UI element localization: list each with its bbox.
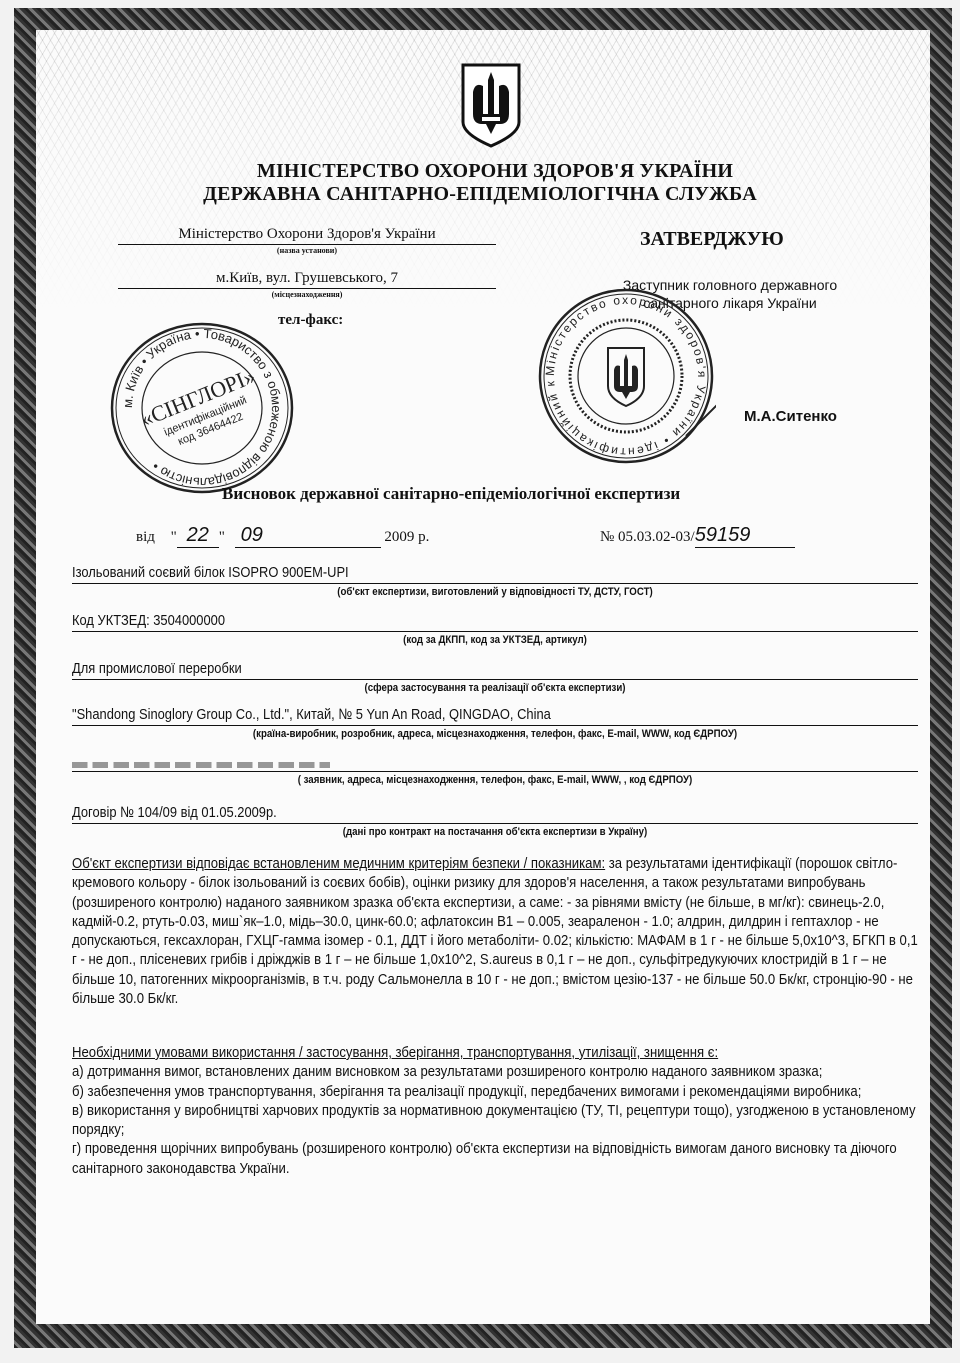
conditions-paragraph: Необхідними умовами використання / засто… <box>72 1044 918 1179</box>
date-prefix: від <box>136 529 155 545</box>
ministry-heading: МІНІСТЕРСТВО ОХОРОНИ ЗДОРОВ'Я УКРАЇНИ <box>0 160 960 183</box>
field-value: Код УКТЗЕД: 3504000000 <box>72 612 800 630</box>
field-caption: (країна-виробник, розробник, адреса, міс… <box>123 728 867 740</box>
institution-address-caption: (місцезнаходження) <box>118 290 496 299</box>
condition-item: а) дотримання вимог, встановлених даним … <box>72 1063 918 1082</box>
field-value: Для промислової переробки <box>72 660 800 678</box>
field-value-redacted <box>72 752 800 770</box>
conclusion-title: Висновок державної санітарно-епідеміолог… <box>222 484 680 504</box>
condition-item: в) використання у виробництві харчових п… <box>72 1102 918 1141</box>
approval-title: ЗАТВЕРДЖУЮ <box>640 228 784 251</box>
company-stamp: м. Київ • Україна • Товариство з обмежен… <box>104 320 300 496</box>
condition-item: г) проведення щорічних випробувань (розш… <box>72 1140 918 1179</box>
institution-address: м.Київ, вул. Грушевського, 7 <box>118 270 496 289</box>
safety-criteria-paragraph: Об'єкт експертизи відповідає встановлени… <box>72 855 918 1009</box>
service-heading: ДЕРЖАВНА САНІТАРНО-ЕПІДЕМІОЛОГІЧНА СЛУЖБ… <box>0 183 960 206</box>
institution-name-block: Міністерство Охорони Здоров'я України (н… <box>118 226 496 255</box>
safety-body: за результатами ідентифікації (порошок с… <box>72 856 918 1007</box>
date-year: 2009 р. <box>384 529 429 545</box>
field-value: Ізольований соєвий білок ISOPRO 900EM-UP… <box>72 564 800 582</box>
official-stamp: Міністерство охорони здоров'я України • … <box>536 286 716 466</box>
field-application-scope: Для промислової переробки (сфера застосу… <box>72 660 918 694</box>
field-caption: (дані про контракт на постачання об'єкта… <box>123 826 867 838</box>
field-contract: Договір № 104/09 від 01.05.2009р. (дані … <box>72 804 918 838</box>
redacted-text <box>72 762 330 768</box>
field-manufacturer: "Shandong Sinoglory Group Co., Ltd.", Ки… <box>72 706 918 740</box>
field-caption: (об'єкт експертизи, виготовлений у відпо… <box>123 586 867 598</box>
field-caption: (код за ДКПП, код за УКТЗЕД, артикул) <box>123 634 867 646</box>
condition-item: б) забезпечення умов транспортування, зб… <box>72 1083 918 1102</box>
number-prefix: № 05.03.02-03/ <box>600 529 695 545</box>
institution-name-caption: (назва установи) <box>118 246 496 255</box>
date-month: 09 <box>235 524 381 548</box>
conclusion-number: № 05.03.02-03/59159 <box>600 524 795 548</box>
institution-address-block: м.Київ, вул. Грушевського, 7 (місцезнахо… <box>118 270 496 299</box>
ukraine-coat-of-arms-icon <box>460 62 522 148</box>
field-value: "Shandong Sinoglory Group Co., Ltd.", Ки… <box>72 706 800 724</box>
date-day: 22 <box>177 524 219 548</box>
conclusion-date-row: від "22" 09 2009 р. № 05.03.02-03/59159 <box>136 524 836 548</box>
field-caption: (сфера застосування та реалізації об'єкт… <box>123 682 867 694</box>
signer-name: М.А.Ситенко <box>744 408 837 425</box>
field-object: Ізольований соєвий білок ISOPRO 900EM-UP… <box>72 564 918 598</box>
institution-name: Міністерство Охорони Здоров'я України <box>118 226 496 245</box>
field-code: Код УКТЗЕД: 3504000000 (код за ДКПП, код… <box>72 612 918 646</box>
number-handwritten: 59159 <box>695 524 795 548</box>
safety-heading: Об'єкт експертизи відповідає встановлени… <box>72 856 605 872</box>
conditions-heading: Необхідними умовами використання / засто… <box>72 1044 918 1063</box>
field-value: Договір № 104/09 від 01.05.2009р. <box>72 804 800 822</box>
field-caption: ( заявник, адреса, місцезнаходження, тел… <box>123 774 867 786</box>
field-applicant: ( заявник, адреса, місцезнаходження, тел… <box>72 752 918 786</box>
